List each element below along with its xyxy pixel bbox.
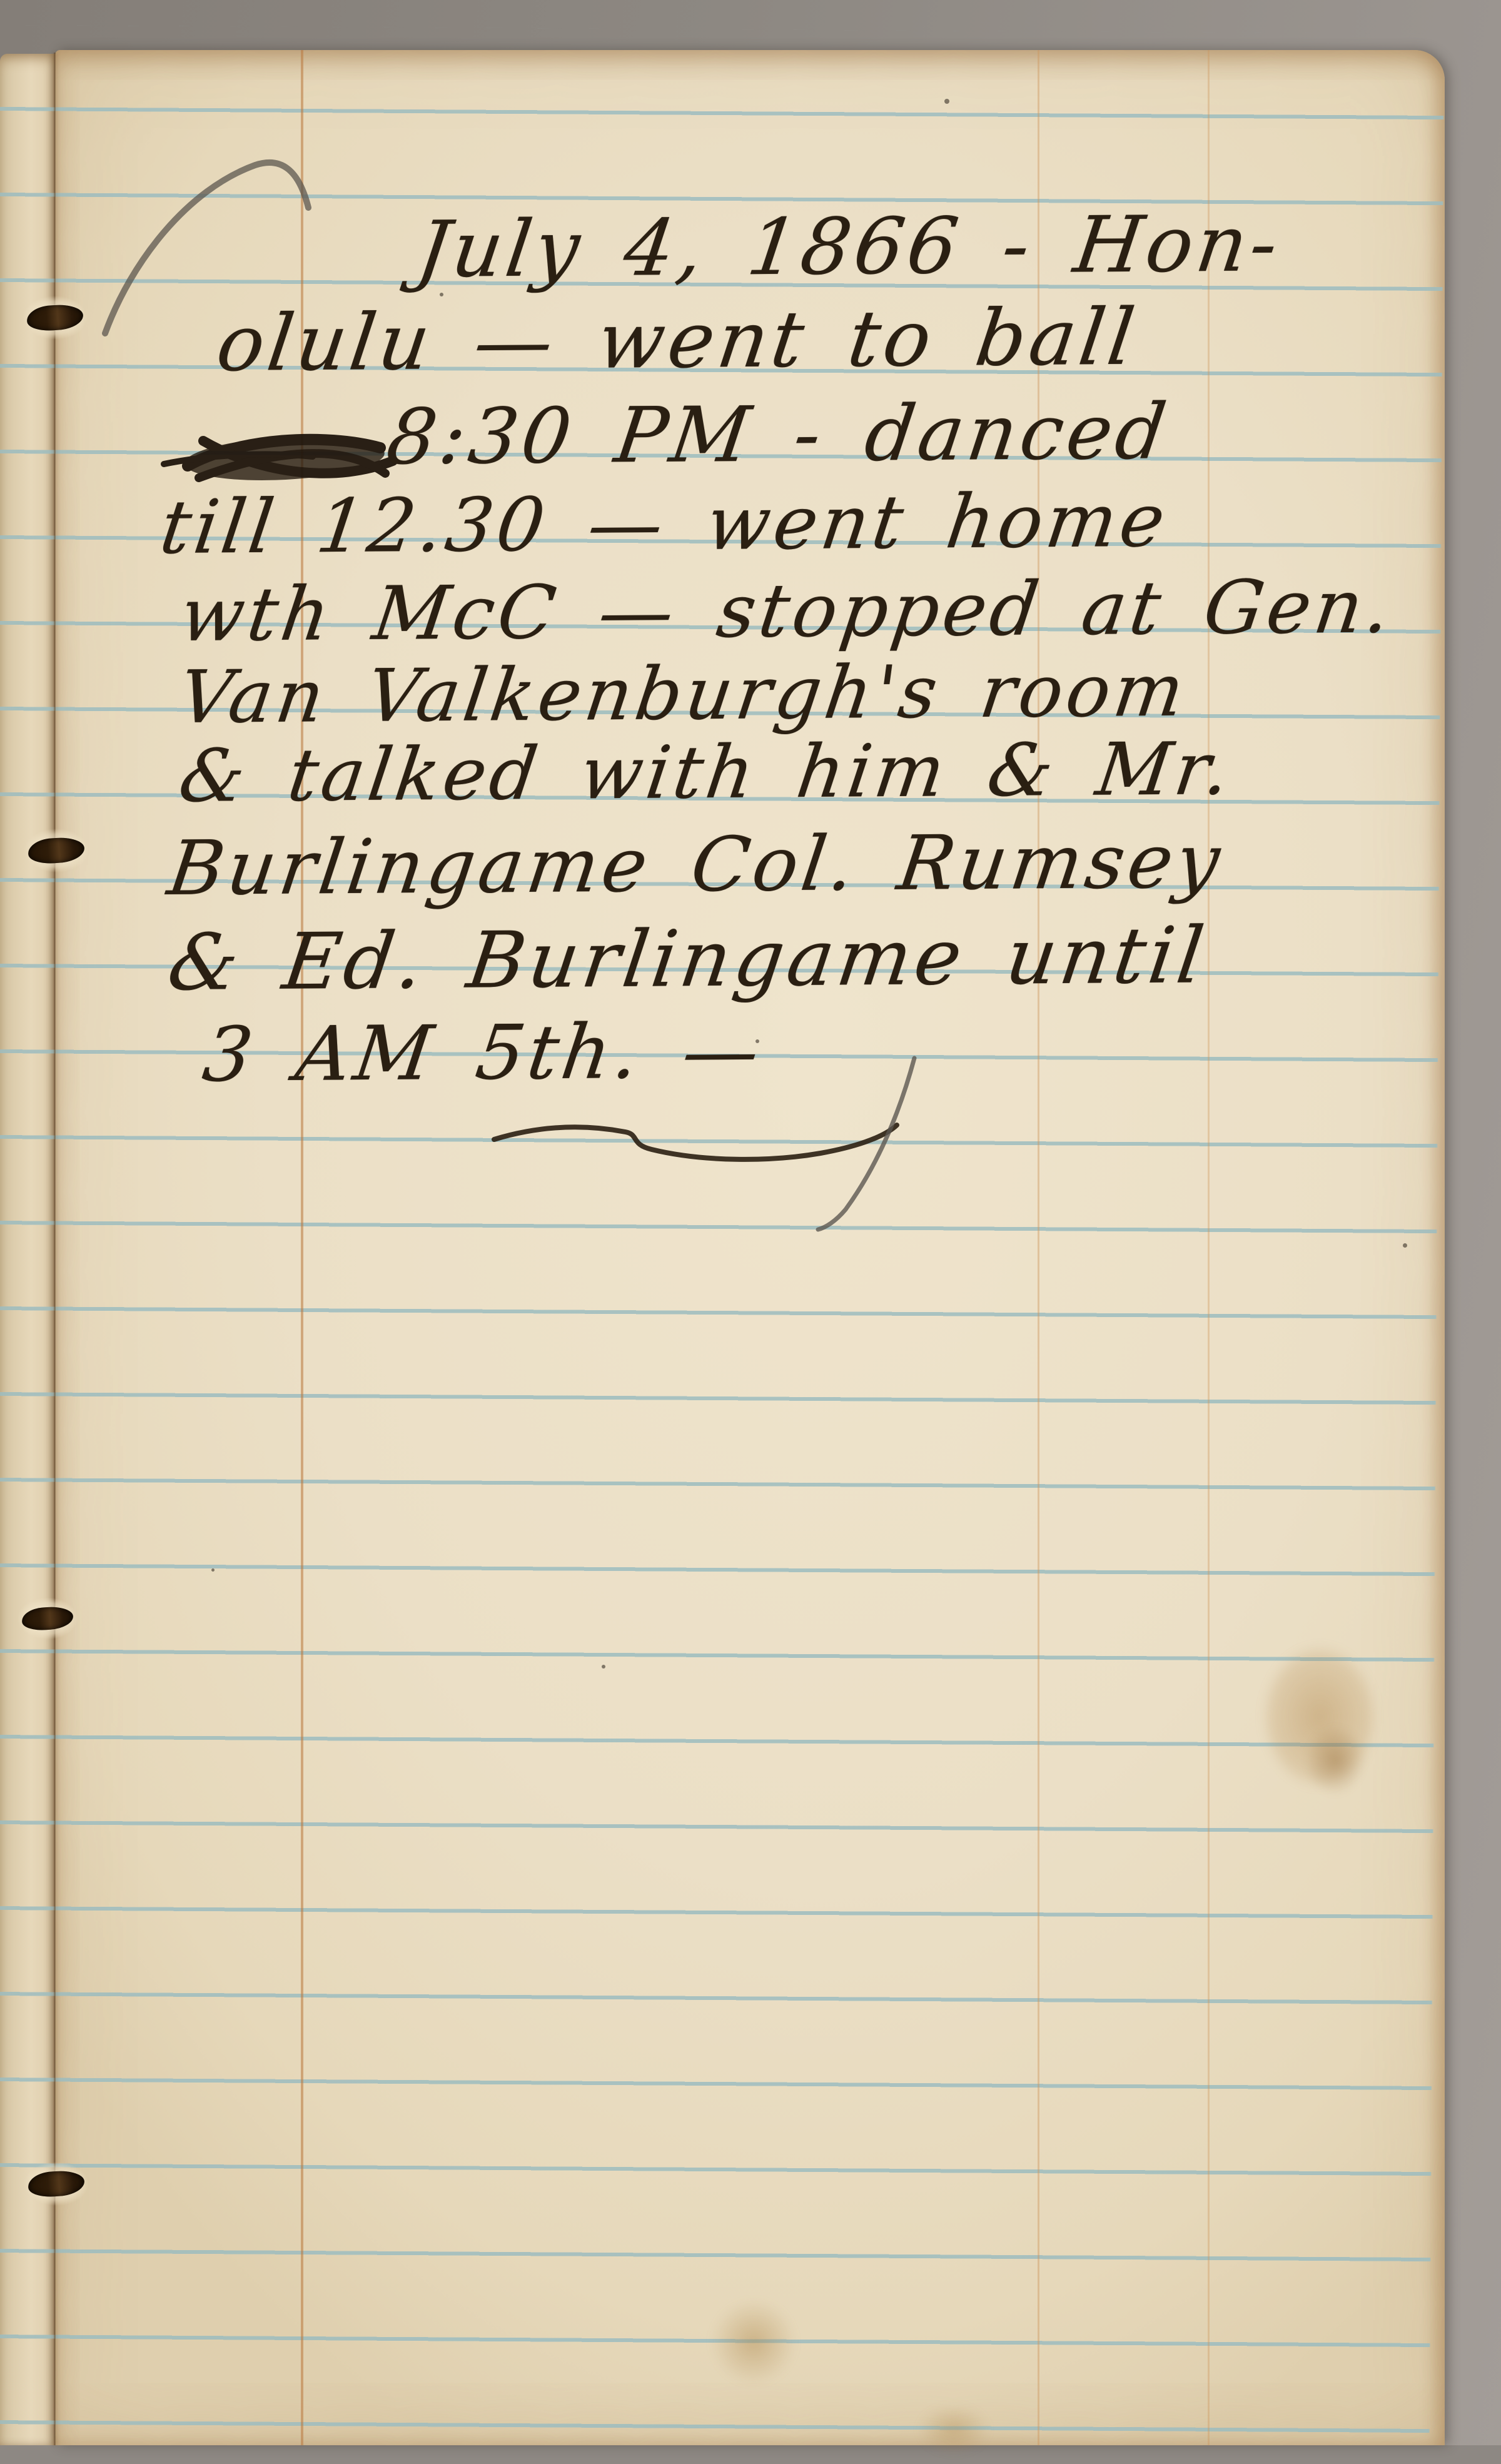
handwritten-line: Van Valkenburgh's room (175, 655, 1191, 734)
handwritten-line: & talked with him & Mr. (175, 733, 1237, 813)
ink-flourish (494, 1125, 897, 1159)
handwritten-line: & Ed. Burlingame until (164, 917, 1211, 1002)
scanner-background: July 4, 1866 - Hon- olulu — went to ball… (0, 0, 1501, 2445)
handwritten-line: July 4, 1866 - Hon- (413, 205, 1286, 289)
handwritten-line: Burlingame Col. Rumsey (164, 824, 1228, 907)
ink-strikeout-scribble (164, 432, 393, 485)
handwritten-line: olulu — went to ball (213, 299, 1142, 383)
handwritten-line: 3 AM 5th. — (199, 1014, 767, 1093)
handwritten-line: till 12.30 — went home (156, 483, 1173, 564)
handwritten-line: wth McC — stopped at Gen. (176, 569, 1398, 652)
handwritten-line: 8:30 PM - danced (383, 393, 1174, 475)
